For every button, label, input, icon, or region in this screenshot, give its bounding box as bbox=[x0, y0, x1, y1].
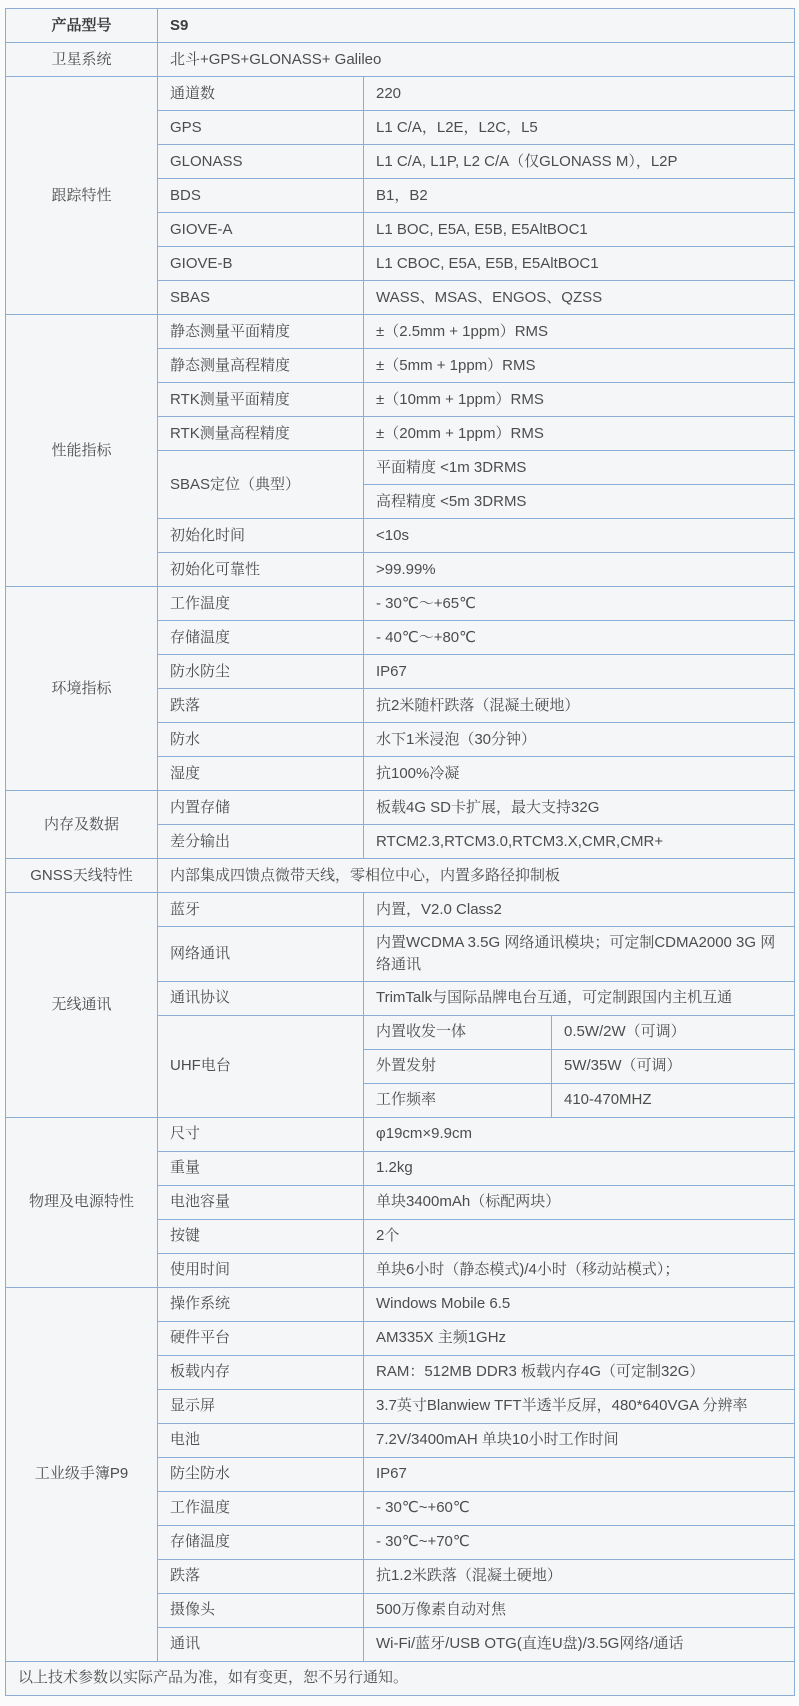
category-cell: 卫星系统 bbox=[6, 43, 158, 77]
spec-key: 尺寸 bbox=[158, 1117, 364, 1151]
spec-value: 板载4G SD卡扩展，最大支持32G bbox=[364, 791, 795, 825]
spec-value: L1 BOC, E5A, E5B, E5AltBOC1 bbox=[364, 213, 795, 247]
spec-key: 差分输出 bbox=[158, 825, 364, 859]
table-row: GNSS天线特性内部集成四馈点微带天线，零相位中心，内置多路径抑制板 bbox=[6, 859, 795, 893]
spec-value: B1，B2 bbox=[364, 179, 795, 213]
spec-key: 跌落 bbox=[158, 689, 364, 723]
spec-subkey: 内置收发一体 bbox=[364, 1015, 552, 1049]
spec-value: AM335X 主频1GHz bbox=[364, 1321, 795, 1355]
spec-value: TrimTalk与国际品牌电台互通，可定制跟国内主机互通 bbox=[364, 981, 795, 1015]
spec-subkey: 外置发射 bbox=[364, 1049, 552, 1083]
spec-value: - 40℃～+80℃ bbox=[364, 621, 795, 655]
table-row: 环境指标工作温度- 30℃～+65℃ bbox=[6, 587, 795, 621]
spec-key: 通道数 bbox=[158, 77, 364, 111]
table-row: 物理及电源特性尺寸φ19cm×9.9cm bbox=[6, 1117, 795, 1151]
spec-subvalue: 0.5W/2W（可调） bbox=[552, 1015, 795, 1049]
spec-value: RTCM2.3,RTCM3.0,RTCM3.X,CMR,CMR+ bbox=[364, 825, 795, 859]
spec-value: WASS、MSAS、ENGOS、QZSS bbox=[364, 281, 795, 315]
spec-value: >99.99% bbox=[364, 553, 795, 587]
spec-value: 单块3400mAh（标配两块） bbox=[364, 1185, 795, 1219]
page: 产品型号S9卫星系统北斗+GPS+GLONASS+ Galileo跟踪特性通道数… bbox=[0, 0, 799, 1706]
spec-key: 网络通讯 bbox=[158, 927, 364, 982]
spec-value: 内置WCDMA 3.5G 网络通讯模块；可定制CDMA2000 3G 网络通讯 bbox=[364, 927, 795, 982]
category-cell: 内存及数据 bbox=[6, 791, 158, 859]
spec-key: 通讯协议 bbox=[158, 981, 364, 1015]
spec-value: ±（10mm + 1ppm）RMS bbox=[364, 383, 795, 417]
spec-value: φ19cm×9.9cm bbox=[364, 1117, 795, 1151]
spec-key: GLONASS bbox=[158, 145, 364, 179]
spec-key: 使用时间 bbox=[158, 1253, 364, 1287]
spec-value: ±（20mm + 1ppm）RMS bbox=[364, 417, 795, 451]
spec-key: 存储温度 bbox=[158, 621, 364, 655]
spec-value: Windows Mobile 6.5 bbox=[364, 1287, 795, 1321]
spec-key: GPS bbox=[158, 111, 364, 145]
spec-value: 抗1.2米跌落（混凝土硬地） bbox=[364, 1559, 795, 1593]
spec-value: L1 C/A，L2E，L2C，L5 bbox=[364, 111, 795, 145]
spec-key: 静态测量高程精度 bbox=[158, 349, 364, 383]
spec-subvalue: 410-470MHZ bbox=[552, 1083, 795, 1117]
spec-value: IP67 bbox=[364, 1457, 795, 1491]
spec-key: BDS bbox=[158, 179, 364, 213]
spec-key: SBAS bbox=[158, 281, 364, 315]
spec-key: 电池 bbox=[158, 1423, 364, 1457]
spec-value: IP67 bbox=[364, 655, 795, 689]
spec-key: GIOVE-A bbox=[158, 213, 364, 247]
category-cell: 跟踪特性 bbox=[6, 77, 158, 315]
spec-value: ±（2.5mm + 1ppm）RMS bbox=[364, 315, 795, 349]
table-row: 以上技术参数以实际产品为准，如有变更，恕不另行通知。 bbox=[6, 1661, 795, 1695]
table-row: 内存及数据内置存储板载4G SD卡扩展，最大支持32G bbox=[6, 791, 795, 825]
spec-key: 摄像头 bbox=[158, 1593, 364, 1627]
spec-key: 显示屏 bbox=[158, 1389, 364, 1423]
spec-key: 跌落 bbox=[158, 1559, 364, 1593]
spec-value: 水下1米浸泡（30分钟） bbox=[364, 723, 795, 757]
spec-value: 2个 bbox=[364, 1219, 795, 1253]
spec-value: 3.7英寸Blanwiew TFT半透半反屏，480*640VGA 分辨率 bbox=[364, 1389, 795, 1423]
spec-key: 存储温度 bbox=[158, 1525, 364, 1559]
spec-key: 电池容量 bbox=[158, 1185, 364, 1219]
spec-value: 高程精度 <5m 3DRMS bbox=[364, 485, 795, 519]
table-row: 卫星系统北斗+GPS+GLONASS+ Galileo bbox=[6, 43, 795, 77]
spec-value: - 30℃~+70℃ bbox=[364, 1525, 795, 1559]
table-row: 产品型号S9 bbox=[6, 9, 795, 43]
spec-value: RAM：512MB DDR3 板载内存4G（可定制32G） bbox=[364, 1355, 795, 1389]
spec-subvalue: 5W/35W（可调） bbox=[552, 1049, 795, 1083]
spec-subkey: 工作频率 bbox=[364, 1083, 552, 1117]
spec-key: 蓝牙 bbox=[158, 893, 364, 927]
spec-value: - 30℃~+60℃ bbox=[364, 1491, 795, 1525]
category-cell: 物理及电源特性 bbox=[6, 1117, 158, 1287]
spec-key: 防水防尘 bbox=[158, 655, 364, 689]
spec-key: 静态测量平面精度 bbox=[158, 315, 364, 349]
spec-key: 板载内存 bbox=[158, 1355, 364, 1389]
spec-key: GIOVE-B bbox=[158, 247, 364, 281]
spec-key: 硬件平台 bbox=[158, 1321, 364, 1355]
spec-key: 初始化可靠性 bbox=[158, 553, 364, 587]
spec-value: 1.2kg bbox=[364, 1151, 795, 1185]
category-cell: 产品型号 bbox=[6, 9, 158, 43]
table-row: 无线通讯蓝牙内置，V2.0 Class2 bbox=[6, 893, 795, 927]
category-cell: 工业级手簿P9 bbox=[6, 1287, 158, 1661]
spec-value-full: 内部集成四馈点微带天线，零相位中心，内置多路径抑制板 bbox=[158, 859, 795, 893]
spec-value: <10s bbox=[364, 519, 795, 553]
spec-key: 工作温度 bbox=[158, 1491, 364, 1525]
spec-key: 工作温度 bbox=[158, 587, 364, 621]
category-cell: GNSS天线特性 bbox=[6, 859, 158, 893]
table-row: 工业级手簿P9操作系统Windows Mobile 6.5 bbox=[6, 1287, 795, 1321]
spec-key: 防水 bbox=[158, 723, 364, 757]
spec-value: 500万像素自动对焦 bbox=[364, 1593, 795, 1627]
category-cell: 无线通讯 bbox=[6, 893, 158, 1118]
spec-value: 单块6小时（静态模式)/4小时（移动站模式）； bbox=[364, 1253, 795, 1287]
spec-value: L1 C/A, L1P, L2 C/A（仅GLONASS M），L2P bbox=[364, 145, 795, 179]
spec-key: 按键 bbox=[158, 1219, 364, 1253]
spec-value: 抗2米随杆跌落（混凝土硬地） bbox=[364, 689, 795, 723]
spec-value: 220 bbox=[364, 77, 795, 111]
spec-value: Wi-Fi/蓝牙/USB OTG(直连U盘)/3.5G网络/通话 bbox=[364, 1627, 795, 1661]
table-row: 跟踪特性通道数220 bbox=[6, 77, 795, 111]
spec-key: RTK测量高程精度 bbox=[158, 417, 364, 451]
spec-key: 初始化时间 bbox=[158, 519, 364, 553]
spec-key: 内置存储 bbox=[158, 791, 364, 825]
spec-value: 内置，V2.0 Class2 bbox=[364, 893, 795, 927]
category-cell: 性能指标 bbox=[6, 315, 158, 587]
spec-value: 平面精度 <1m 3DRMS bbox=[364, 451, 795, 485]
spec-table: 产品型号S9卫星系统北斗+GPS+GLONASS+ Galileo跟踪特性通道数… bbox=[5, 8, 795, 1696]
spec-key: 操作系统 bbox=[158, 1287, 364, 1321]
spec-key: 防尘防水 bbox=[158, 1457, 364, 1491]
spec-value: 抗100%冷凝 bbox=[364, 757, 795, 791]
spec-key: RTK测量平面精度 bbox=[158, 383, 364, 417]
spec-value-full: S9 bbox=[158, 9, 795, 43]
spec-value: ±（5mm + 1ppm）RMS bbox=[364, 349, 795, 383]
spec-key: 通讯 bbox=[158, 1627, 364, 1661]
spec-value: L1 CBOC, E5A, E5B, E5AltBOC1 bbox=[364, 247, 795, 281]
spec-key: 重量 bbox=[158, 1151, 364, 1185]
spec-value: - 30℃～+65℃ bbox=[364, 587, 795, 621]
spec-value: 7.2V/3400mAH 单块10小时工作时间 bbox=[364, 1423, 795, 1457]
category-cell: 环境指标 bbox=[6, 587, 158, 791]
spec-key: 湿度 bbox=[158, 757, 364, 791]
table-row: 性能指标静态测量平面精度±（2.5mm + 1ppm）RMS bbox=[6, 315, 795, 349]
footer-note: 以上技术参数以实际产品为准，如有变更，恕不另行通知。 bbox=[6, 1661, 795, 1695]
spec-value-full: 北斗+GPS+GLONASS+ Galileo bbox=[158, 43, 795, 77]
spec-key: UHF电台 bbox=[158, 1015, 364, 1117]
spec-key: SBAS定位（典型） bbox=[158, 451, 364, 519]
